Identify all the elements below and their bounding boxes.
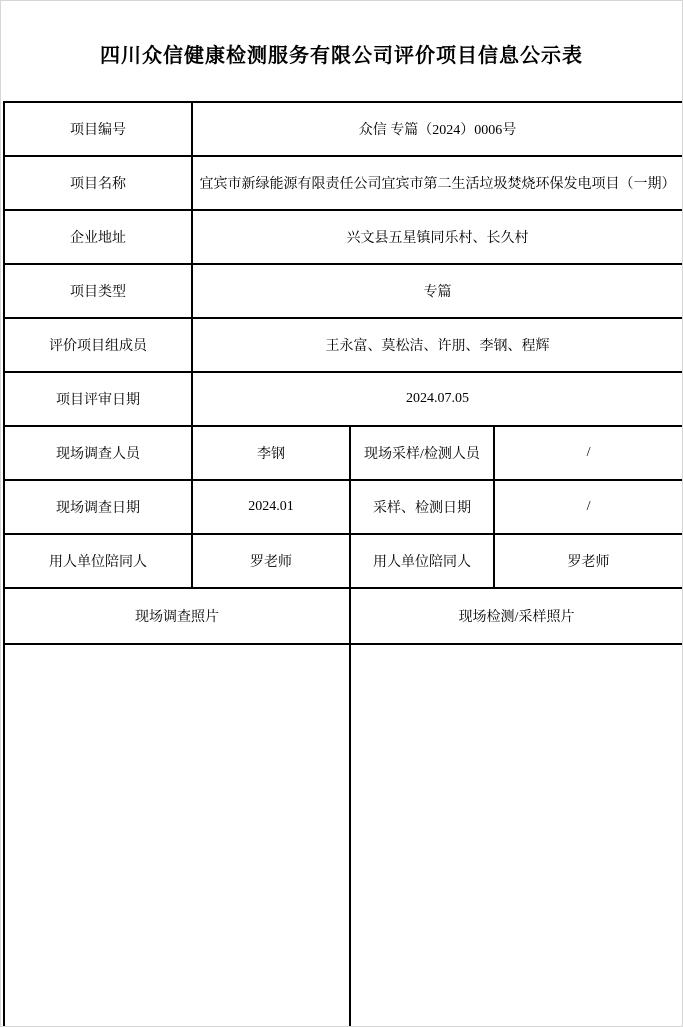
table-row: 现场调查照片 现场检测/采样照片	[4, 588, 683, 644]
table-row: 用人单位陪同人 罗老师 用人单位陪同人 罗老师	[4, 534, 683, 588]
row-value-project-name: 宜宾市新绿能源有限责任公司宜宾市第二生活垃圾焚烧环保发电项目（一期）	[192, 156, 683, 210]
row-value-team-members: 王永富、莫松洁、许朋、李钢、程辉	[192, 318, 683, 372]
row-label-project-number: 项目编号	[4, 102, 192, 156]
row-label-company-address: 企业地址	[4, 210, 192, 264]
table-row: 项目类型 专篇	[4, 264, 683, 318]
row-label-survey-date: 现场调查日期	[4, 480, 192, 534]
photo-caption-right: 现场检测/采样照片	[350, 588, 683, 644]
photo-area-survey	[4, 644, 350, 1027]
row-label-sampling-date: 采样、检测日期	[350, 480, 494, 534]
table-row: 现场调查日期 2024.01 采样、检测日期 /	[4, 480, 683, 534]
row-label-sampling-personnel: 现场采样/检测人员	[350, 426, 494, 480]
row-value-project-number: 众信 专篇（2024）0006号	[192, 102, 683, 156]
page-title: 四川众信健康检测服务有限公司评价项目信息公示表	[1, 1, 682, 101]
document-page: 四川众信健康检测服务有限公司评价项目信息公示表 项目编号 众信 专篇（2024）…	[0, 0, 683, 1027]
row-label-employer-escort-2: 用人单位陪同人	[350, 534, 494, 588]
table-row: 现场调查人员 李钢 现场采样/检测人员 /	[4, 426, 683, 480]
row-value-project-type: 专篇	[192, 264, 683, 318]
row-value-employer-escort-1: 罗老师	[192, 534, 350, 588]
row-label-project-type: 项目类型	[4, 264, 192, 318]
table-row: 评价项目组成员 王永富、莫松洁、许朋、李钢、程辉	[4, 318, 683, 372]
row-value-company-address: 兴文县五星镇同乐村、长久村	[192, 210, 683, 264]
row-value-survey-date: 2024.01	[192, 480, 350, 534]
photo-caption-left: 现场调查照片	[4, 588, 350, 644]
row-value-review-date: 2024.07.05	[192, 372, 683, 426]
table-row: 项目评审日期 2024.07.05	[4, 372, 683, 426]
table-row: 项目名称 宜宾市新绿能源有限责任公司宜宾市第二生活垃圾焚烧环保发电项目（一期）	[4, 156, 683, 210]
table-row: 项目编号 众信 专篇（2024）0006号	[4, 102, 683, 156]
photo-area-sampling	[350, 644, 683, 1027]
row-value-sampling-personnel: /	[494, 426, 683, 480]
row-label-employer-escort-1: 用人单位陪同人	[4, 534, 192, 588]
row-label-survey-personnel: 现场调查人员	[4, 426, 192, 480]
row-label-review-date: 项目评审日期	[4, 372, 192, 426]
table-row: 企业地址 兴文县五星镇同乐村、长久村	[4, 210, 683, 264]
row-value-survey-personnel: 李钢	[192, 426, 350, 480]
table-row	[4, 644, 683, 1027]
row-value-sampling-date: /	[494, 480, 683, 534]
row-label-project-name: 项目名称	[4, 156, 192, 210]
row-value-employer-escort-2: 罗老师	[494, 534, 683, 588]
row-label-team-members: 评价项目组成员	[4, 318, 192, 372]
project-info-table: 项目编号 众信 专篇（2024）0006号 项目名称 宜宾市新绿能源有限责任公司…	[3, 101, 683, 1027]
